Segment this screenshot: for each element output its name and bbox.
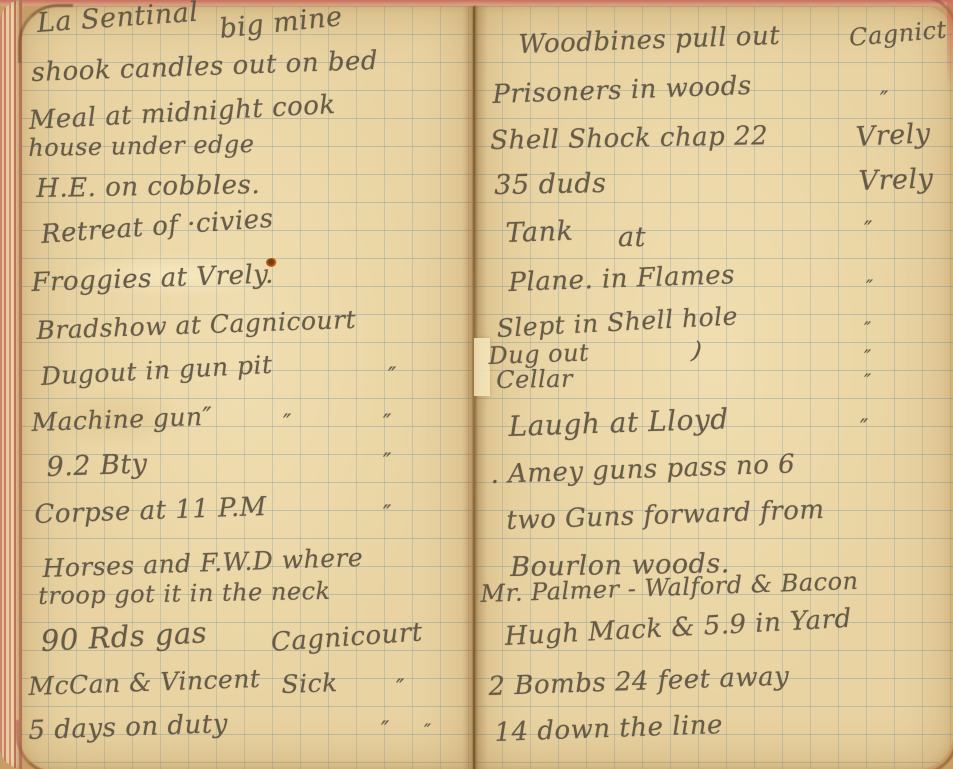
handwritten-text: Prisoners in woods [492, 71, 752, 110]
handwritten-text: ″ [383, 411, 392, 436]
handwritten-text: ″ [383, 502, 392, 527]
handwritten-text: at [618, 222, 646, 253]
handwritten-text: Vrely [855, 118, 931, 153]
handwritten-text: Cellar [496, 365, 573, 394]
handwritten-text: troop got it in the neck [38, 577, 331, 610]
handwritten-text: ) [690, 336, 704, 365]
handwritten-text: 9.2 Bty [46, 448, 148, 483]
handwritten-text: Laugh at Lloyd [508, 402, 729, 443]
handwritten-text: ″ [860, 416, 869, 441]
handwritten-text: Dugout in gun pit [40, 350, 273, 391]
handwritten-text: two Guns forward from [506, 495, 825, 536]
handwritten-text: . Amey guns pass no 6 [490, 449, 796, 490]
handwritten-text: ″ [396, 676, 405, 701]
handwritten-text: ″ [864, 318, 872, 340]
notebook-scan: La Sentinalbig mineshook candles out on … [0, 0, 953, 769]
handwritten-text: 5 days on duty [28, 709, 228, 746]
handwritten-text: 14 down the line [494, 710, 723, 748]
handwritten-text: Retreat of ·civies [40, 204, 274, 250]
handwritten-text: 35 duds [494, 168, 607, 201]
handwritten-text: Cagnicourt [270, 617, 424, 658]
handwritten-text: ″ [866, 276, 874, 298]
handwritten-text: Bradshow at Cagnicourt [36, 305, 357, 345]
handwritten-text: Meal at midnight cook [28, 90, 336, 136]
handwritten-text: Cagnict [848, 15, 948, 51]
handwritten-text: H.E. on cobbles. [36, 170, 260, 204]
handwritten-text: Tank [505, 216, 574, 249]
handwritten-text: shook candles out on bed [31, 46, 378, 88]
handwritten-text: McCan & Vincent [28, 664, 261, 701]
handwritten-text: Froggies at Vrely. [31, 260, 274, 298]
handwritten-text: 90 Rds gas [40, 615, 208, 658]
handwritten-text: ″ [864, 370, 872, 392]
handwritten-text: Plane. in Flames [508, 260, 735, 298]
handwritten-text: Sick [281, 668, 338, 699]
handwritten-text: ″ [388, 364, 397, 389]
handwritten-text: Corpse at 11 P.M [34, 492, 267, 530]
handwritten-text: Vrely [858, 163, 934, 197]
handwritten-text: ″ [381, 718, 390, 743]
handwritten-text: big mine [218, 1, 344, 45]
handwritten-text: Hugh Mack & 5.9 in Yard [504, 604, 852, 652]
handwritten-text: La Sentinal [36, 0, 199, 39]
handwritten-text: ″ [383, 450, 392, 475]
handwritten-text: Machine gun″ [31, 402, 213, 437]
handwritten-text: Shell Shock chap 22 [490, 121, 768, 156]
handwritten-text: ″ [864, 218, 873, 243]
handwritten-text: ″ [424, 720, 432, 742]
handwritten-text: ″ [880, 88, 889, 113]
handwritten-text: 2 Bombs 24 feet away [488, 661, 790, 701]
handwriting-layer: La Sentinalbig mineshook candles out on … [0, 0, 953, 769]
handwritten-text: house under edge [28, 130, 255, 162]
handwritten-text: ″ [864, 346, 872, 368]
handwritten-text: Woodbines pull out [518, 21, 781, 60]
handwritten-text: ″ [283, 411, 292, 436]
